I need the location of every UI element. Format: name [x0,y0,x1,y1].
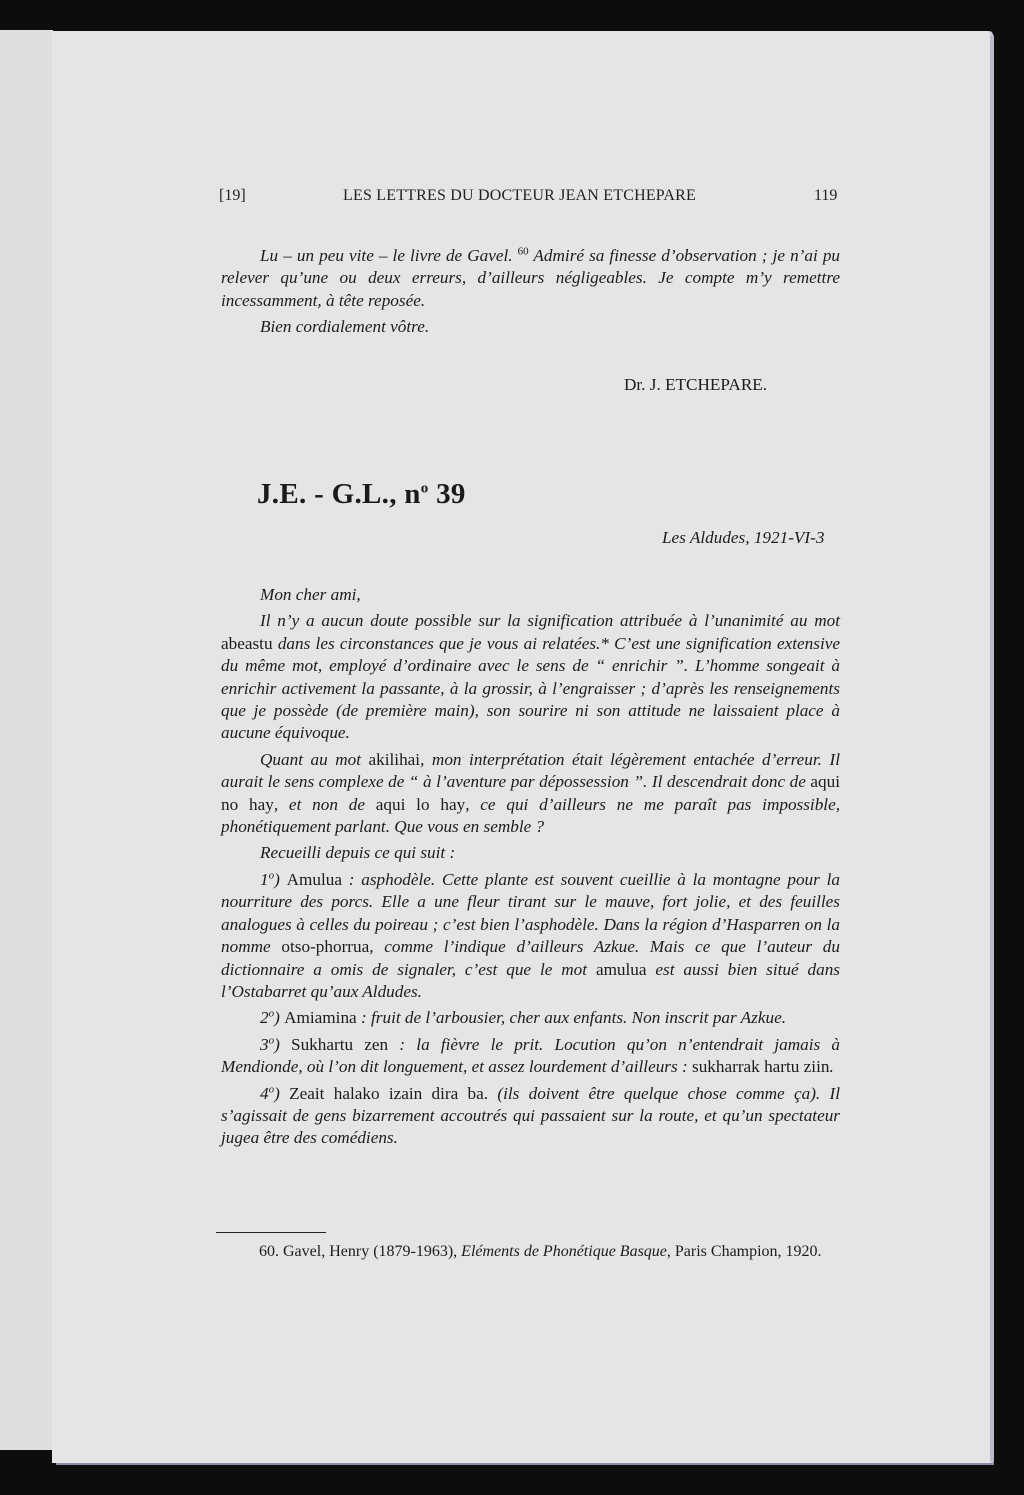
page-stack-edge [990,36,994,1461]
paragraph: Il n’y a aucun doute possible sur la sig… [221,610,840,744]
paragraph: Quant au mot akilihai, mon interprétatio… [221,749,840,839]
paragraph: Lu – un peu vite – le livre de Gavel. 60… [221,245,840,312]
list-item: 2o) Amiamina : fruit de l’arbousier, che… [221,1007,840,1029]
basque-term: sukharrak hartu ziin [692,1057,829,1076]
paragraph: Recueilli depuis ce qui suit : [221,842,840,864]
footnote: 60. Gavel, Henry (1879-1963), Eléments d… [259,1241,822,1263]
basque-term: amulua [596,960,647,979]
page-number: 119 [814,185,837,207]
footnote-title: Eléments de Phonétique Basque, [461,1243,671,1260]
previous-letter: Lu – un peu vite – le livre de Gavel. 60… [221,245,840,339]
running-title: LES LETTRES DU DOCTEUR JEAN ETCHEPARE [343,185,696,207]
list-item: 4o) Zeait halako izain dira ba. (ils doi… [221,1083,840,1150]
salutation: Mon cher ami, [221,584,840,606]
basque-term: Sukhartu zen [291,1035,388,1054]
footnote-ref: 60 [518,245,529,257]
page-ref: [19] [219,185,246,207]
previous-page-edge [0,30,53,1450]
letter-heading: J.E. - G.L., no 39 [257,478,466,511]
basque-term: otso-phorrua [281,937,369,956]
basque-term: abeastu [221,634,273,653]
footnote-rule [216,1232,326,1233]
signature: Dr. J. ETCHEPARE. [624,374,767,396]
basque-term: akilihai [369,750,421,769]
list-item: 1o) Amulua : asphodèle. Cette plante est… [221,869,840,1003]
basque-term: Amiamina [284,1008,357,1027]
letter-body: Mon cher ami, Il n’y a aucun doute possi… [221,584,840,1150]
closing: Bien cordialement vôtre. [221,316,840,338]
list-item: 3o) Sukhartu zen : la fièvre le prit. Lo… [221,1034,840,1079]
basque-term: aqui lo hay [376,795,465,814]
place-date: Les Aldudes, 1921-VI-3 [662,527,824,549]
basque-term: Zeait halako izain dira ba. [289,1084,488,1103]
basque-term: Amulua [287,870,342,889]
